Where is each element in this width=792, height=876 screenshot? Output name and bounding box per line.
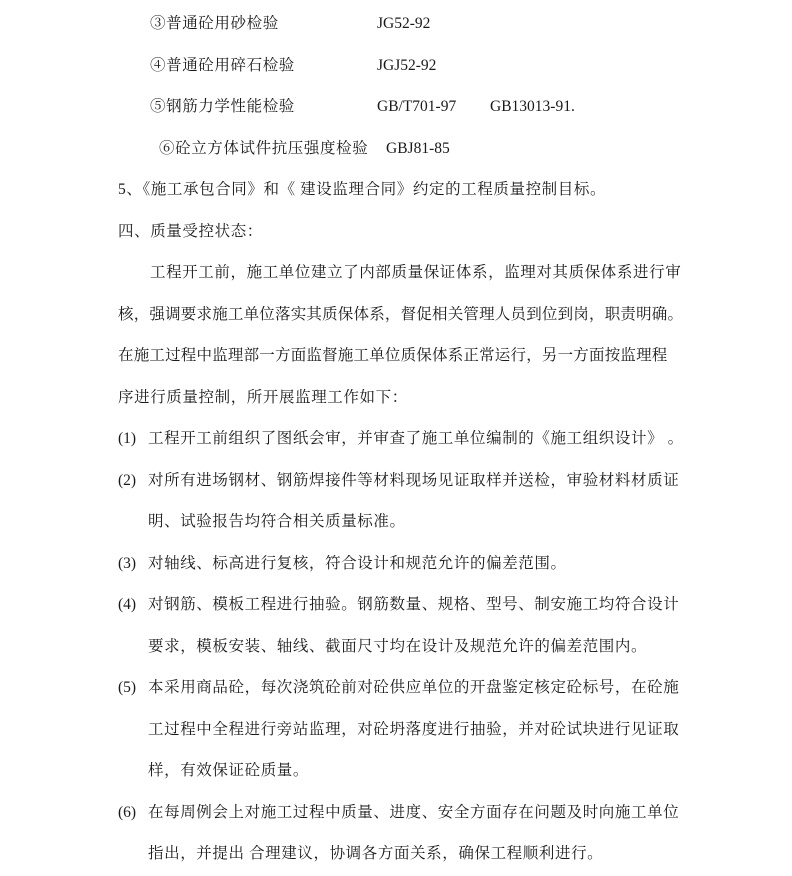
- document-page: ③普通砼用砂检验 JG52-92 ④普通砼用碎石检验 JGJ52-92 ⑤钢筋力…: [0, 0, 792, 876]
- paragraph-line: 工程开工前，施工单位建立了内部质量保证体系，监理对其质保体系进行审: [150, 263, 681, 283]
- item-text: 对所有进场钢材、钢筋焊接件等材料现场见证取样并送检，审验材料材质证: [148, 472, 679, 489]
- standard-label: ④普通砼用碎石检验: [150, 56, 295, 76]
- standard-code: JG52-92: [377, 14, 430, 34]
- paragraph-line: 核，强调要求施工单位落实其质保体系，督促相关管理人员到位到岗，职责明确。: [118, 305, 683, 325]
- item-number: (5): [118, 678, 148, 698]
- work-item-6-continued: 指出，并提出 合理建议，协调各方面关系，确保工程顺利进行。: [148, 844, 603, 864]
- standard-label: ⑥砼立方体试件抗压强度检验: [159, 139, 368, 159]
- standard-code: GB/T701-97: [377, 97, 456, 117]
- work-item-2-continued: 明、试验报告均符合相关质量标准。: [148, 512, 406, 532]
- item-text: 工程开工前组织了图纸会审，并审查了施工单位编制的《施工组织设计》 。: [148, 430, 684, 447]
- standard-label: ③普通砼用砂检验: [150, 14, 279, 34]
- item-number: (2): [118, 471, 148, 491]
- work-item-5-continued: 工过程中全程进行旁站监理，对砼坍落度进行抽验，并对砼试块进行见证取: [148, 720, 679, 740]
- work-item-3: (3)对轴线、标高进行复核，符合设计和规范允许的偏差范围。: [118, 554, 567, 574]
- item-number: (6): [118, 803, 148, 823]
- work-item-4: (4)对钢筋、模板工程进行抽验。钢筋数量、规格、型号、制安施工均符合设计: [118, 595, 679, 615]
- paragraph-line: 在施工过程中监理部一方面监督施工单位质保体系正常运行，另一方面按监理程: [118, 346, 668, 366]
- contract-quality-target: 5、《施工承包合同》和《 建设监理合同》约定的工程质量控制目标。: [118, 180, 606, 200]
- work-item-5-continued: 样，有效保证砼质量。: [148, 761, 309, 781]
- item-text: 对轴线、标高进行复核，符合设计和规范允许的偏差范围。: [148, 555, 567, 572]
- item-text: 对钢筋、模板工程进行抽验。钢筋数量、规格、型号、制安施工均符合设计: [148, 596, 679, 613]
- work-item-1: (1)工程开工前组织了图纸会审，并审查了施工单位编制的《施工组织设计》 。: [118, 429, 684, 449]
- item-text: 本采用商品砼，每次浇筑砼前对砼供应单位的开盘鉴定核定砼标号，在砼施: [148, 679, 679, 696]
- work-item-4-continued: 要求，模板安装、轴线、截面尺寸均在设计及规范允许的偏差范围内。: [148, 637, 647, 657]
- standard-label: ⑤钢筋力学性能检验: [150, 97, 295, 117]
- standard-code: GBJ81-85: [386, 139, 450, 159]
- standard-code: GB13013-91.: [490, 97, 575, 117]
- work-item-6: (6)在每周例会上对施工过程中质量、进度、安全方面存在问题及时向施工单位: [118, 803, 679, 823]
- item-number: (1): [118, 429, 148, 449]
- work-item-2: (2)对所有进场钢材、钢筋焊接件等材料现场见证取样并送检，审验材料材质证: [118, 471, 679, 491]
- paragraph-line: 序进行质量控制，所开展监理工作如下：: [118, 388, 408, 408]
- item-number: (4): [118, 595, 148, 615]
- section-heading-quality-status: 四、质量受控状态：: [118, 222, 263, 242]
- item-number: (3): [118, 554, 148, 574]
- standard-code: JGJ52-92: [377, 56, 436, 76]
- work-item-5: (5)本采用商品砼，每次浇筑砼前对砼供应单位的开盘鉴定核定砼标号，在砼施: [118, 678, 679, 698]
- item-text: 在每周例会上对施工过程中质量、进度、安全方面存在问题及时向施工单位: [148, 804, 679, 821]
